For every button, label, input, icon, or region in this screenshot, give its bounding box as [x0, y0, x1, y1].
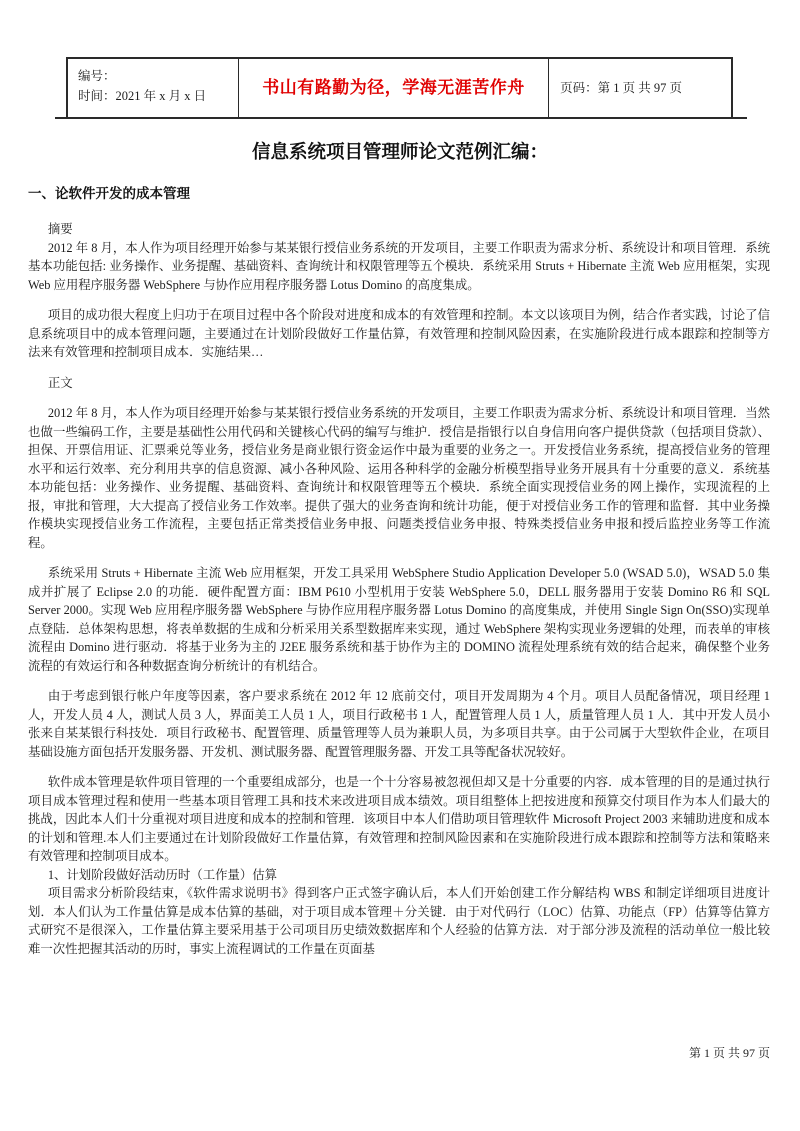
- paragraph-abstract-1: 2012 年 8 月，本人作为项目经理开始参与某某银行授信业务系统的开发项目，主…: [28, 239, 770, 295]
- header-table: 编号： 时间：2021 年 x 月 x 日 书山有路勤为径，学海无涯苦作舟 页码…: [66, 57, 733, 119]
- paragraph-main-3: 由于考虑到银行帐户年度等因素，客户要求系统在 2012 年 12 底前交付，项目…: [28, 687, 770, 761]
- paragraph-main-1: 2012 年 8 月，本人作为项目经理开始参与某某银行授信业务系统的开发项目，主…: [28, 404, 770, 552]
- body-label: 正文: [28, 374, 770, 393]
- document-body: 摘要 2012 年 8 月，本人作为项目经理开始参与某某银行授信业务系统的开发项…: [28, 220, 770, 958]
- paragraph-main-4: 软件成本管理是软件项目管理的一个重要组成部分，也是一个十分容易被忽视但却又是十分…: [28, 773, 770, 866]
- header-page-label: 页码：第 1 页 共 97 页: [560, 78, 682, 98]
- header-number-label: 编号：: [78, 66, 232, 86]
- section-heading: 一、论软件开发的成本管理: [28, 182, 190, 202]
- document-title: 信息系统项目管理师论文范例汇编：: [0, 138, 800, 164]
- header-motto-text: 书山有路勤为径，学海无涯苦作舟: [262, 74, 525, 101]
- footer-page-number: 第 1 页 共 97 页: [689, 1044, 770, 1061]
- document-page: 编号： 时间：2021 年 x 月 x 日 书山有路勤为径，学海无涯苦作舟 页码…: [0, 0, 800, 1131]
- header-page-cell: 页码：第 1 页 共 97 页: [549, 59, 731, 117]
- subheading-estimation: 1、计划阶段做好活动历时（工作量）估算: [28, 866, 770, 885]
- paragraph-main-5: 项目需求分析阶段结束，《软件需求说明书》得到客户正式签字确认后，本人们开始创建工…: [28, 884, 770, 958]
- header-underline: [55, 117, 747, 119]
- header-cell-number-date: 编号： 时间：2021 年 x 月 x 日: [68, 59, 239, 117]
- header-date-label: 时间：2021 年 x 月 x 日: [78, 86, 232, 106]
- header-motto-cell: 书山有路勤为径，学海无涯苦作舟: [239, 59, 549, 117]
- paragraph-main-2: 系统采用 Struts + Hibernate 主流 Web 应用框架，开发工具…: [28, 564, 770, 675]
- abstract-label: 摘要: [28, 220, 770, 239]
- paragraph-abstract-2: 项目的成功很大程度上归功于在项目过程中各个阶段对进度和成本的有效管理和控制。本文…: [28, 306, 770, 362]
